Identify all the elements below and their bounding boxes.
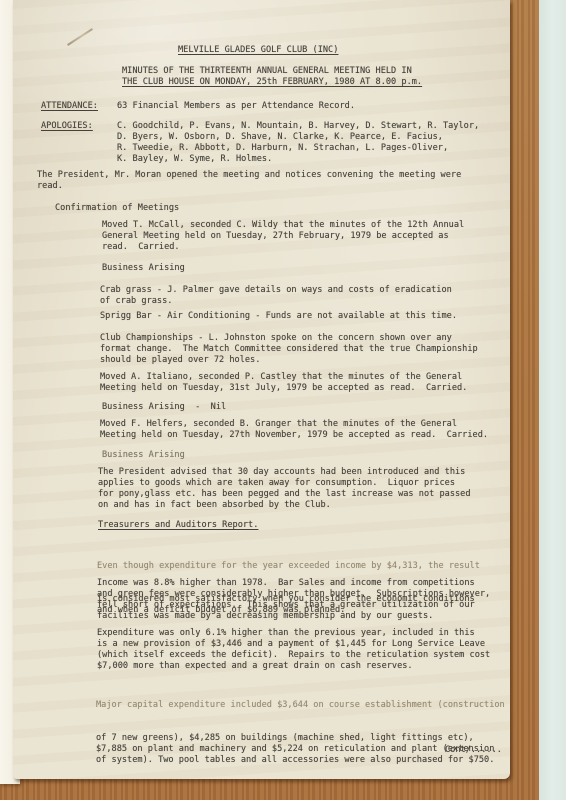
opening-paragraph: The President, Mr. Moran opened the meet… xyxy=(37,170,461,192)
subtitle-line-2: THE CLUB HOUSE ON MONDAY, 25th FEBRUARY,… xyxy=(122,77,422,88)
capital-expenditure-faded-line: Major capital expenditure included $3,64… xyxy=(96,700,505,711)
club-championships-item: Club Championships - L. Johnston spoke o… xyxy=(100,333,478,366)
document-title: MELVILLE GLADES GOLF CLUB (INC) xyxy=(178,45,338,56)
table-edge-strip xyxy=(539,0,566,800)
scanned-minutes-photo: MELVILLE GLADES GOLF CLUB (INC) MINUTES … xyxy=(0,0,566,800)
sprigg-bar-item: Sprigg Bar - Air Conditioning - Funds ar… xyxy=(100,311,457,322)
confirmation-heading: Confirmation of Meetings xyxy=(55,203,179,214)
motion-12th-annual: Moved T. McCall, seconded C. Wildy that … xyxy=(102,220,464,253)
capital-expenditure-paragraph: Major capital expenditure included $3,64… xyxy=(96,678,505,788)
president-advised-paragraph: The President advised that 30 day accoun… xyxy=(98,467,471,511)
motion-27th-november: Moved F. Helfers, seconded B. Granger th… xyxy=(100,419,488,441)
crab-grass-item: Crab grass - J. Palmer gave details on w… xyxy=(100,285,452,307)
motion-31st-july: Moved A. Italiano, seconded P. Castley t… xyxy=(100,372,467,394)
business-arising-nil: Business Arising - Nil xyxy=(102,402,226,413)
attendance-text: 63 Financial Members as per Attendance R… xyxy=(117,101,355,112)
result-paragraph-faded-line: Even though expenditure for the year exc… xyxy=(97,561,480,572)
subtitle-line-1: MINUTES OF THE THIRTEENTH ANNUAL GENERAL… xyxy=(122,66,412,77)
capital-expenditure-rest: of 7 new greens), $4,285 on buildings (m… xyxy=(96,733,505,766)
income-paragraph: Income was 8.8% higher than 1978. Bar Sa… xyxy=(97,578,490,622)
business-arising-heading-2: Business Arising xyxy=(102,450,185,461)
business-arising-heading-1: Business Arising xyxy=(102,263,185,274)
staple-scratch-mark xyxy=(67,28,93,46)
apologies-names: C. Goodchild, P. Evans, N. Mountain, B. … xyxy=(117,121,479,165)
attendance-label: ATTENDANCE: xyxy=(41,101,98,112)
apologies-label: APOLOGIES: xyxy=(41,121,93,132)
continuation-marker: Cont/...... xyxy=(445,745,502,756)
treasurers-report-heading: Treasurers and Auditors Report. xyxy=(98,520,258,531)
expenditure-paragraph: Expenditure was only 6.1% higher than th… xyxy=(97,628,490,672)
